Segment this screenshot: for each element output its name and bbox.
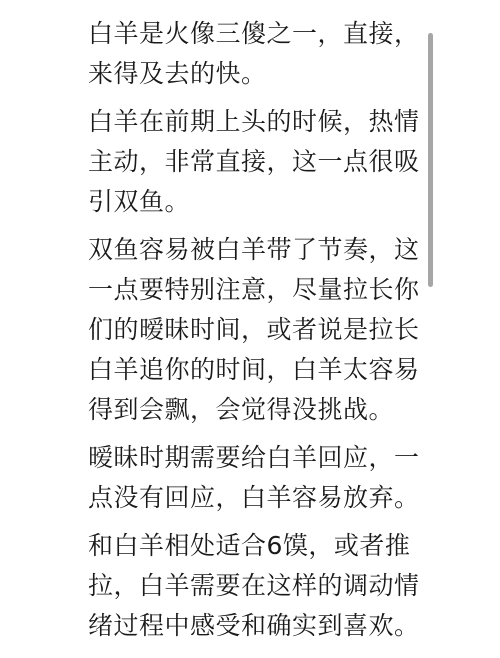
paragraph-5: 和白羊相处适合6馍，或者推 拉，白羊需要在这样的调动情 绪过程中感受和确实到喜欢… (88, 526, 418, 646)
text-line: 白羊是火像三傻之一，直接， (88, 14, 418, 54)
text-line: 引双鱼。 (88, 182, 418, 222)
text-line: 白羊在前期上头的时候，热情 (88, 102, 418, 142)
text-line: 得到会飘，会觉得没挑战。 (88, 390, 418, 430)
paragraph-2: 白羊在前期上头的时候，热情 主动，非常直接，这一点很吸 引双鱼。 (88, 102, 418, 222)
text-line: 们的暧昧时间，或者说是拉长 (88, 310, 418, 350)
paragraph-3: 双鱼容易被白羊带了节奏，这 一点要特别注意，尽量拉长你 们的暧昧时间，或者说是拉… (88, 230, 418, 430)
text-line: 来得及去的快。 (88, 54, 418, 94)
paragraph-1: 白羊是火像三傻之一，直接， 来得及去的快。 (88, 14, 418, 94)
article-body: 白羊是火像三傻之一，直接， 来得及去的快。 白羊在前期上头的时候，热情 主动，非… (88, 14, 418, 654)
paragraph-4: 暧昧时期需要给白羊回应，一 点没有回应，白羊容易放弃。 (88, 438, 418, 518)
text-line: 一点要特别注意，尽量拉长你 (88, 270, 418, 310)
text-line: 绪过程中感受和确实到喜欢。 (88, 606, 418, 646)
text-line: 点没有回应，白羊容易放弃。 (88, 478, 418, 518)
text-line: 暧昧时期需要给白羊回应，一 (88, 438, 418, 478)
text-line: 和白羊相处适合6馍，或者推 (88, 526, 418, 566)
text-line: 双鱼容易被白羊带了节奏，这 (88, 230, 418, 270)
text-line: 主动，非常直接，这一点很吸 (88, 142, 418, 182)
vertical-scrollbar[interactable] (428, 33, 433, 287)
text-line: 白羊追你的时间，白羊太容易 (88, 350, 418, 390)
text-line: 拉，白羊需要在这样的调动情 (88, 566, 418, 606)
